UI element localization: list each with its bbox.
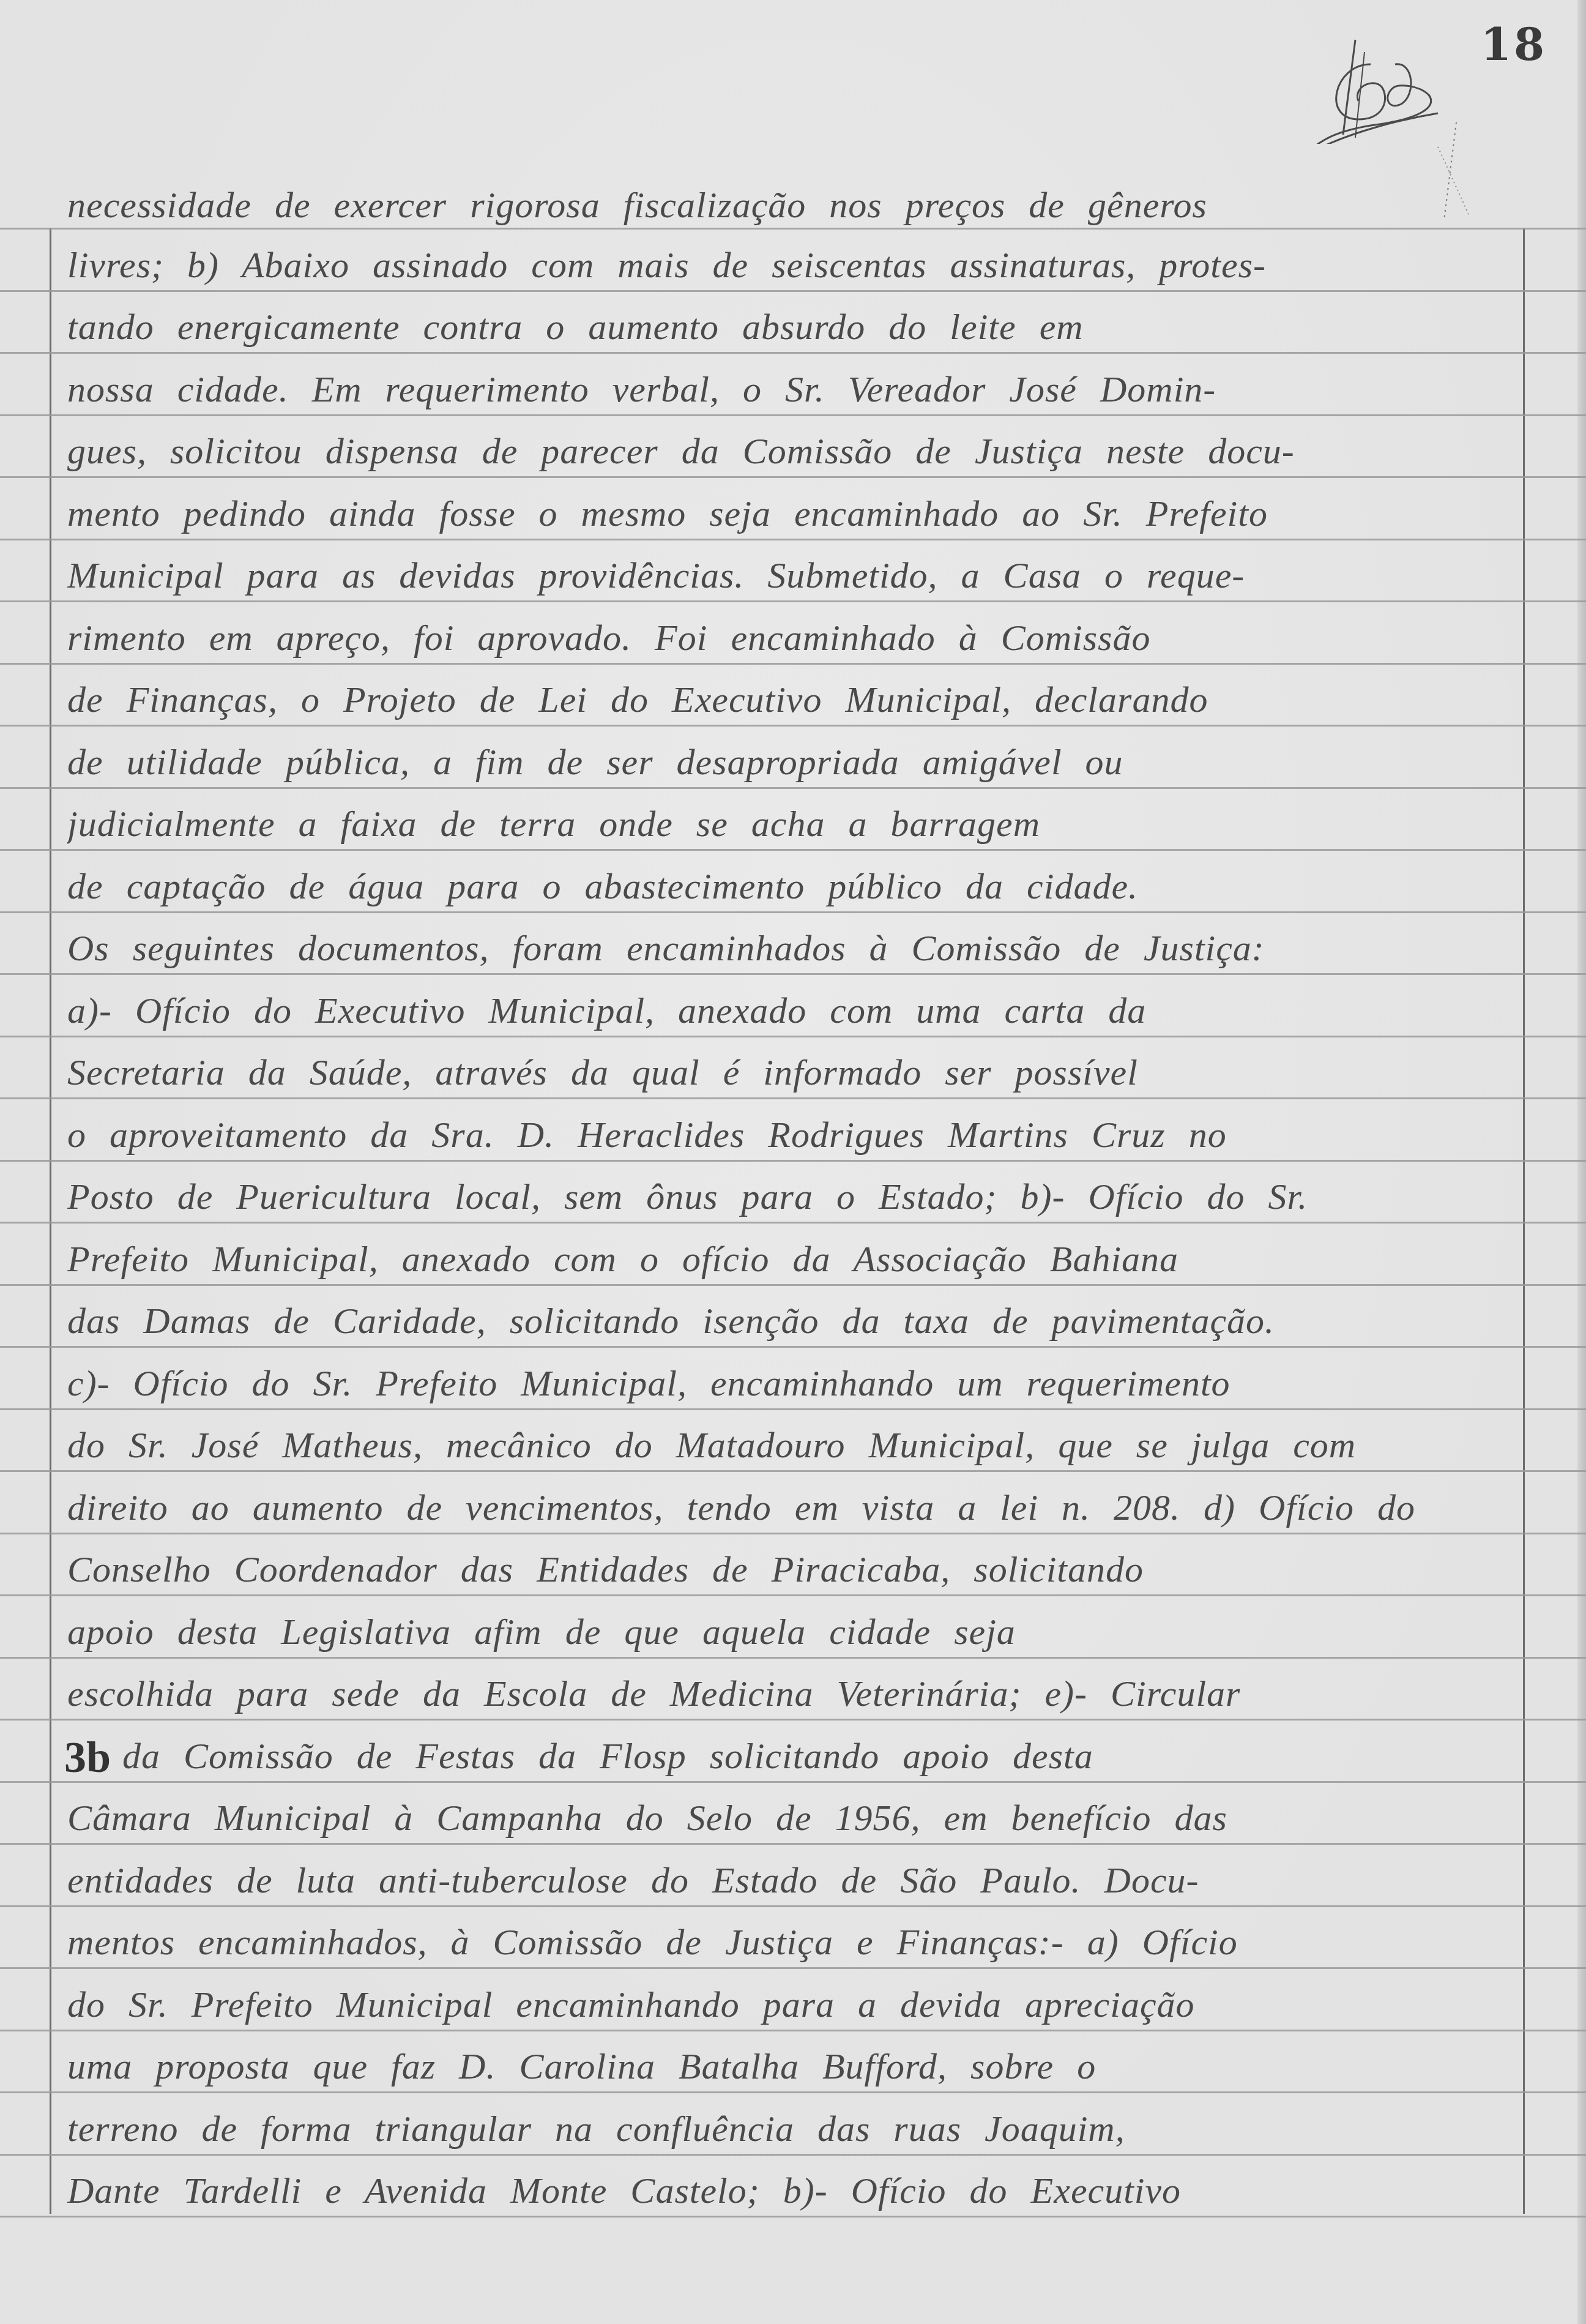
handwritten-line: Prefeito Municipal, anexado com o ofício… — [67, 1231, 1524, 1287]
handwritten-line: Os seguintes documentos, foram encaminha… — [67, 921, 1524, 976]
handwritten-line: o aproveitamento da Sra. D. Heraclides R… — [67, 1107, 1524, 1162]
page-number: 18 — [1481, 18, 1547, 70]
handwritten-line: mentos encaminhados, à Comissão de Justi… — [67, 1915, 1524, 1970]
handwritten-line: necessidade de exercer rigorosa fiscaliz… — [67, 177, 1524, 233]
handwritten-line: Municipal para as devidas providências. … — [67, 548, 1524, 603]
signature-icon — [1297, 28, 1444, 144]
page-edge — [1577, 0, 1586, 2324]
handwritten-line: tando energicamente contra o aumento abs… — [67, 299, 1524, 354]
handwritten-line: rimento em apreço, foi aprovado. Foi enc… — [67, 610, 1524, 665]
handwritten-line: Câmara Municipal à Campanha do Selo de 1… — [67, 1790, 1524, 1845]
handwritten-line: de captação de água para o abastecimento… — [67, 859, 1524, 914]
handwritten-line: mento pedindo ainda fosse o mesmo seja e… — [67, 486, 1524, 541]
handwritten-line: uma proposta que faz D. Carolina Batalha… — [67, 2039, 1524, 2094]
handwritten-line: do Sr. Prefeito Municipal encaminhando p… — [67, 1977, 1524, 2032]
handwritten-line: de utilidade pública, a fim de ser desap… — [67, 734, 1524, 790]
handwritten-line: do Sr. José Matheus, mecânico do Matadou… — [67, 1418, 1524, 1473]
handwritten-line: de Finanças, o Projeto de Lei do Executi… — [67, 672, 1524, 727]
handwritten-line: da Comissão de Festas da Flosp solicitan… — [122, 1728, 1524, 1784]
handwritten-line: das Damas de Caridade, solicitando isenç… — [67, 1293, 1524, 1348]
handwritten-line: judicialmente a faixa de terra onde se a… — [67, 796, 1524, 851]
handwritten-line: entidades de luta anti-tuberculose do Es… — [67, 1853, 1524, 1908]
left-margin-rule — [50, 228, 51, 2214]
handwritten-line: Secretaria da Saúde, através da qual é i… — [67, 1045, 1524, 1100]
margin-note: 3b — [64, 1732, 111, 1783]
handwritten-line: a)- Ofício do Executivo Municipal, anexa… — [67, 983, 1524, 1038]
handwritten-line: terreno de forma triangular na confluênc… — [67, 2101, 1524, 2156]
handwritten-line: c)- Ofício do Sr. Prefeito Municipal, en… — [67, 1356, 1524, 1411]
handwritten-line: Conselho Coordenador das Entidades de Pi… — [67, 1542, 1524, 1597]
handwritten-line: gues, solicitou dispensa de parecer da C… — [67, 424, 1524, 479]
handwritten-line: nossa cidade. Em requerimento verbal, o … — [67, 362, 1524, 417]
handwritten-line: Dante Tardelli e Avenida Monte Castelo; … — [67, 2163, 1524, 2218]
ledger-page: 18 necessidade de exercer rigorosa fisca… — [0, 0, 1586, 2324]
handwritten-line: escolhida para sede da Escola de Medicin… — [67, 1666, 1524, 1721]
handwritten-line: direito ao aumento de vencimentos, tendo… — [67, 1480, 1524, 1535]
handwritten-line: livres; b) Abaixo assinado com mais de s… — [67, 237, 1524, 293]
handwritten-line: Posto de Puericultura local, sem ônus pa… — [67, 1169, 1524, 1224]
handwritten-line: apoio desta Legislativa afim de que aque… — [67, 1604, 1524, 1659]
